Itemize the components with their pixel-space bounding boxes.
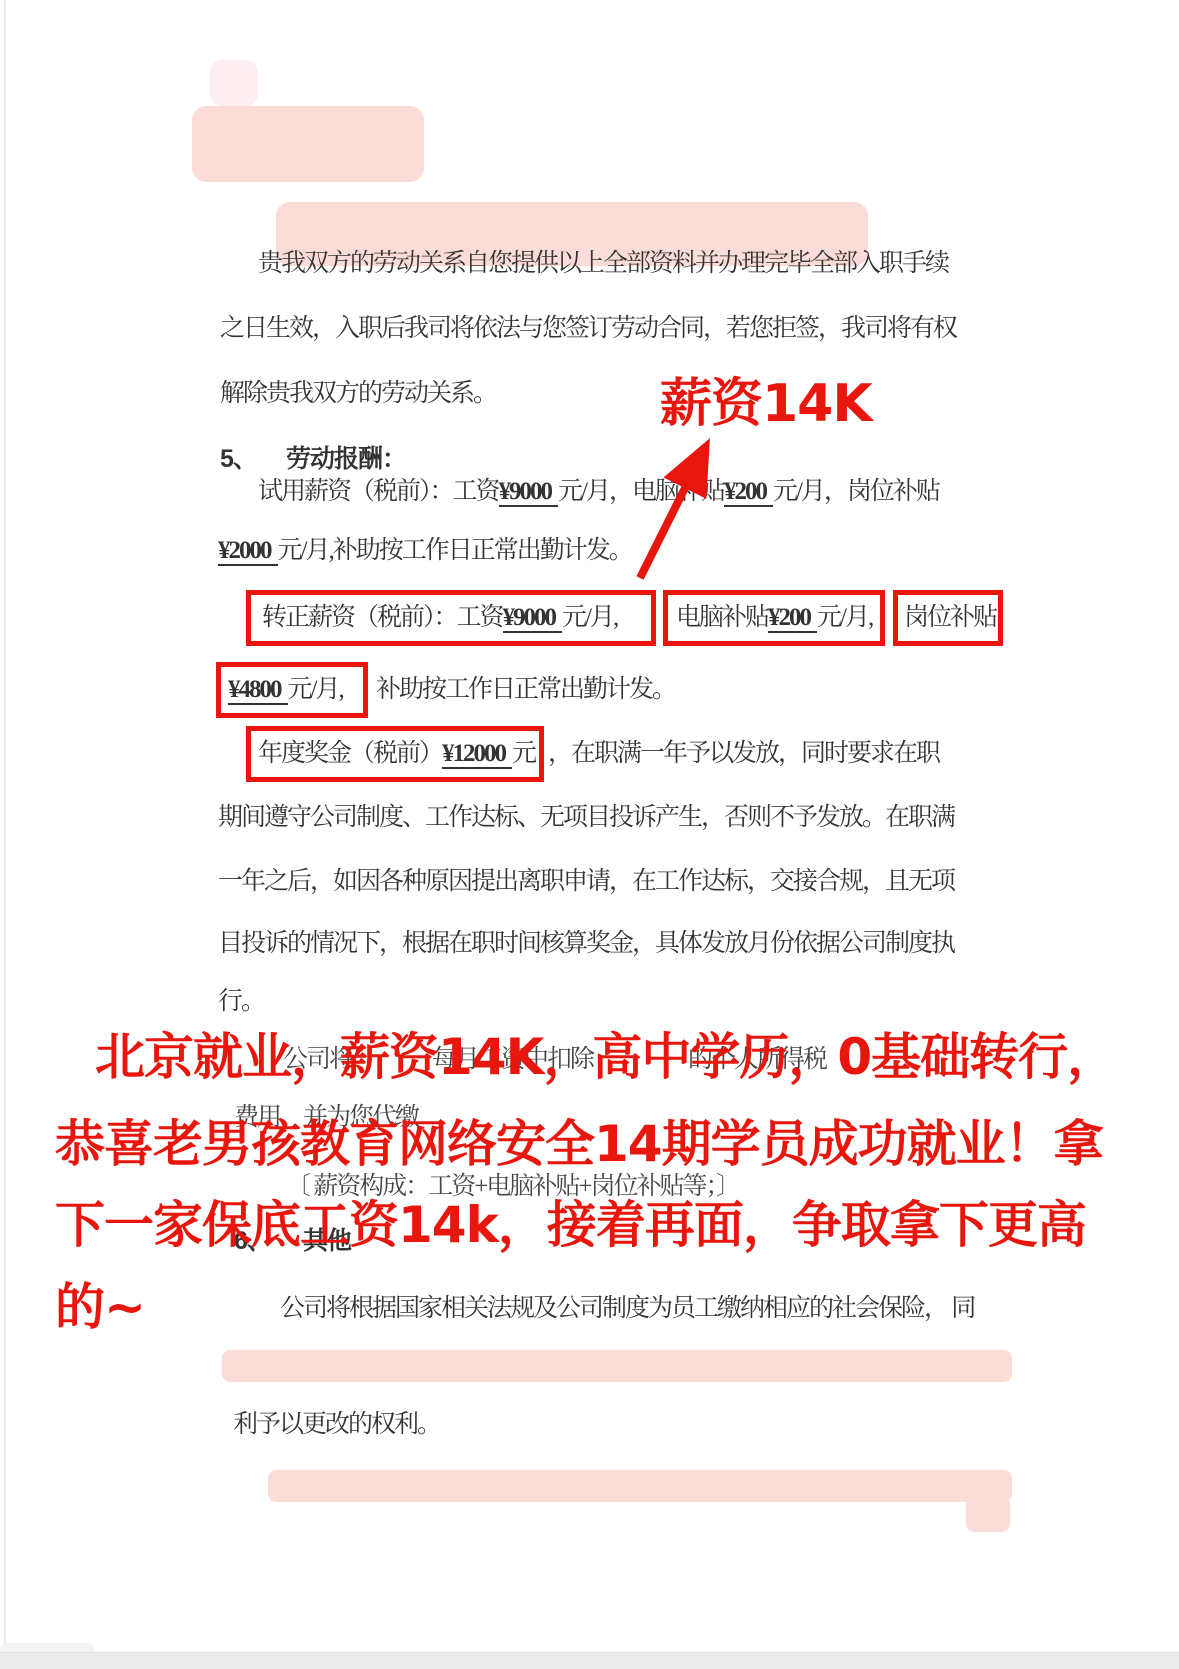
doc-bonus-condition-2: 期间遵守公司制度、工作达标、无项目投诉产生，否则不予发放。在职满 [218, 804, 954, 833]
doc-bonus-condition-5: 行。 [218, 988, 264, 1017]
doc-line-intro-1: 贵我双方的劳动关系自您提供以上全部资料并办理完毕全部入职手续 [258, 250, 948, 279]
redaction-bar-2-tail [966, 1496, 1010, 1532]
doc-line-intro-3: 解除贵我双方的劳动关系。 [220, 380, 496, 409]
bottom-strip [0, 1652, 1179, 1669]
highlight-box-annual-bonus [246, 726, 544, 782]
overlay-text-line-2: 恭喜老男孩教育网络安全14期学员成功就业！拿 [55, 1119, 1103, 1169]
doc-after-post-allowance: 补助按工作日正常出勤计发。 [376, 676, 675, 705]
highlight-box-post-allowance [893, 590, 1003, 646]
document-page: 贵我双方的劳动关系自您提供以上全部资料并办理完毕全部入职手续 之日生效，入职后我… [0, 0, 1179, 1669]
highlight-box-post-allowance-amount [216, 662, 368, 718]
doc-line-trial-allowance: ¥2000元/月,补助按工作日正常出勤计发。 [218, 537, 632, 566]
overlay-text-line-4: 的~ [55, 1282, 145, 1332]
page-left-edge [4, 0, 6, 1669]
section5-number: 5、 [220, 445, 257, 474]
doc-bonus-condition-1: ，在职满一年予以发放，同时要求在职 [548, 740, 939, 769]
doc-bonus-condition-4: 目投诉的情况下，根据在职时间核算奖金，具体发放月份依据公司制度执 [218, 930, 954, 959]
highlight-box-regular-salary [246, 590, 656, 646]
section5-title: 劳动报酬： [286, 445, 406, 474]
redaction-block-faint [210, 60, 258, 106]
overlay-text-line-1: 北京就业，薪资14K，高中学历，0基础转行， [95, 1032, 1116, 1082]
overlay-text-line-3: 下一家保底工资14k，接着再面，争取拿下更高 [55, 1200, 1086, 1250]
highlight-box-computer-allowance [663, 590, 885, 646]
doc-bonus-condition-3: 一年之后，如因各种原因提出离职申请，在工作达标，交接合规，且无项 [218, 868, 954, 897]
doc-line-intro-2: 之日生效，入职后我司将依法与您签订劳动合同，若您拒签，我司将有权 [220, 315, 956, 344]
doc-social-insurance-1: 公司将根据国家相关法规及公司制度为员工缴纳相应的社会保险， 同 [280, 1295, 974, 1324]
doc-social-insurance-2: 利予以更改的权利。 [233, 1411, 440, 1440]
annotation-arrow-icon [595, 438, 725, 598]
redaction-bar-2 [268, 1470, 1012, 1502]
salary-callout-label: 薪资14K [660, 378, 872, 430]
redaction-block-1 [192, 106, 424, 182]
redaction-bar-1 [222, 1350, 1012, 1382]
